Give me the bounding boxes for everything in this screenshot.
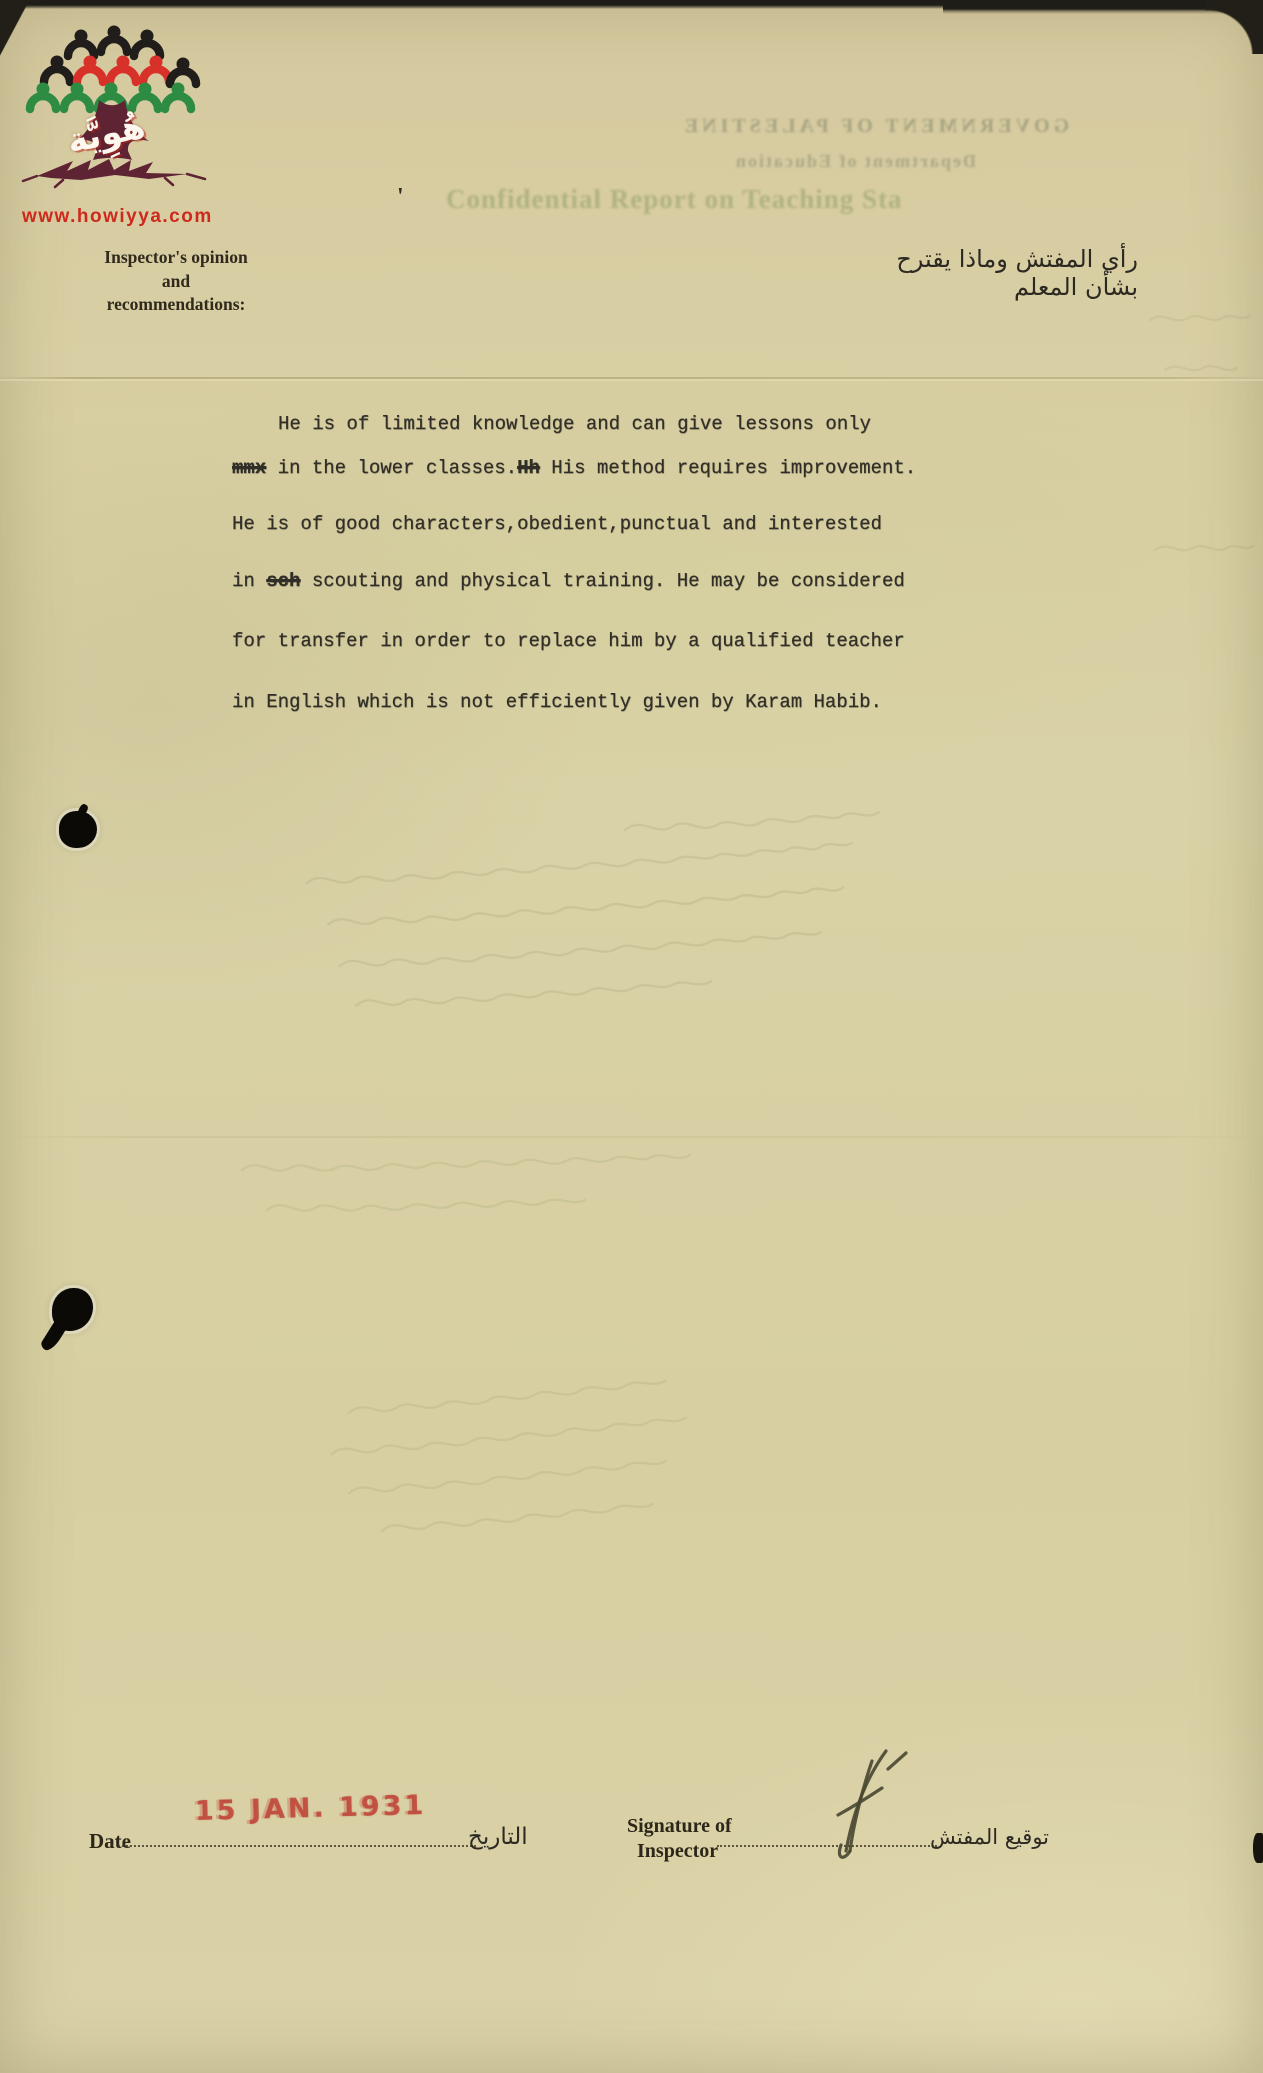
ghost-arabic-handwriting-block-1 bbox=[295, 799, 962, 1027]
opinion-label-line1: Inspector's opinion and bbox=[104, 247, 247, 291]
typed-line: for transfer in order to replace him by … bbox=[232, 630, 905, 652]
signature-label: Signature of Inspector bbox=[627, 1814, 732, 1864]
logo-roots bbox=[37, 159, 187, 180]
ghost-arabic-handwriting-block-3 bbox=[288, 1371, 728, 1566]
ghost-marks-right-edge bbox=[1140, 300, 1255, 570]
paper-crease-lower bbox=[0, 1136, 1263, 1138]
opinion-label-line2: recommendations: bbox=[107, 294, 246, 314]
typed-line: He is of limited knowledge and can give … bbox=[278, 413, 871, 435]
hole-punch-lower bbox=[52, 1288, 93, 1331]
typed-line: mmx in the lower classes.Hh His method r… bbox=[232, 457, 916, 479]
howiyya-watermark: هُوِيَّة www.howiyya.com bbox=[15, 10, 245, 240]
typed-line: He is of good characters,obedient,punctu… bbox=[232, 513, 882, 535]
watermark-url: www.howiyya.com bbox=[22, 206, 213, 228]
hole-punch-upper bbox=[59, 811, 97, 848]
document-page: هُوِيَّة www.howiyya.com GOVERNMENT OF P… bbox=[0, 0, 1263, 2073]
signature-label-arabic: توقيع المفتش bbox=[930, 1825, 1049, 1849]
date-label-arabic: التاريخ bbox=[468, 1824, 528, 1850]
typed-paragraph: He is of limited knowledge and can give … bbox=[232, 0, 952, 760]
scan-edge-mark-right bbox=[1253, 1833, 1263, 1863]
typed-line: in English which is not efficiently give… bbox=[232, 691, 882, 713]
ghost-arabic-handwriting-block-2 bbox=[232, 1150, 702, 1235]
date-dotted-line bbox=[118, 1845, 476, 1847]
signature-label-line1: Signature of bbox=[627, 1815, 732, 1837]
typed-line: in sch scouting and physical training. H… bbox=[232, 570, 905, 592]
date-label: Date bbox=[89, 1829, 131, 1854]
date-stamp: 15 JAN. 1931 bbox=[195, 1790, 427, 1827]
signature-label-line2: Inspector bbox=[627, 1839, 732, 1864]
inspector-signature-icon bbox=[808, 1733, 928, 1868]
